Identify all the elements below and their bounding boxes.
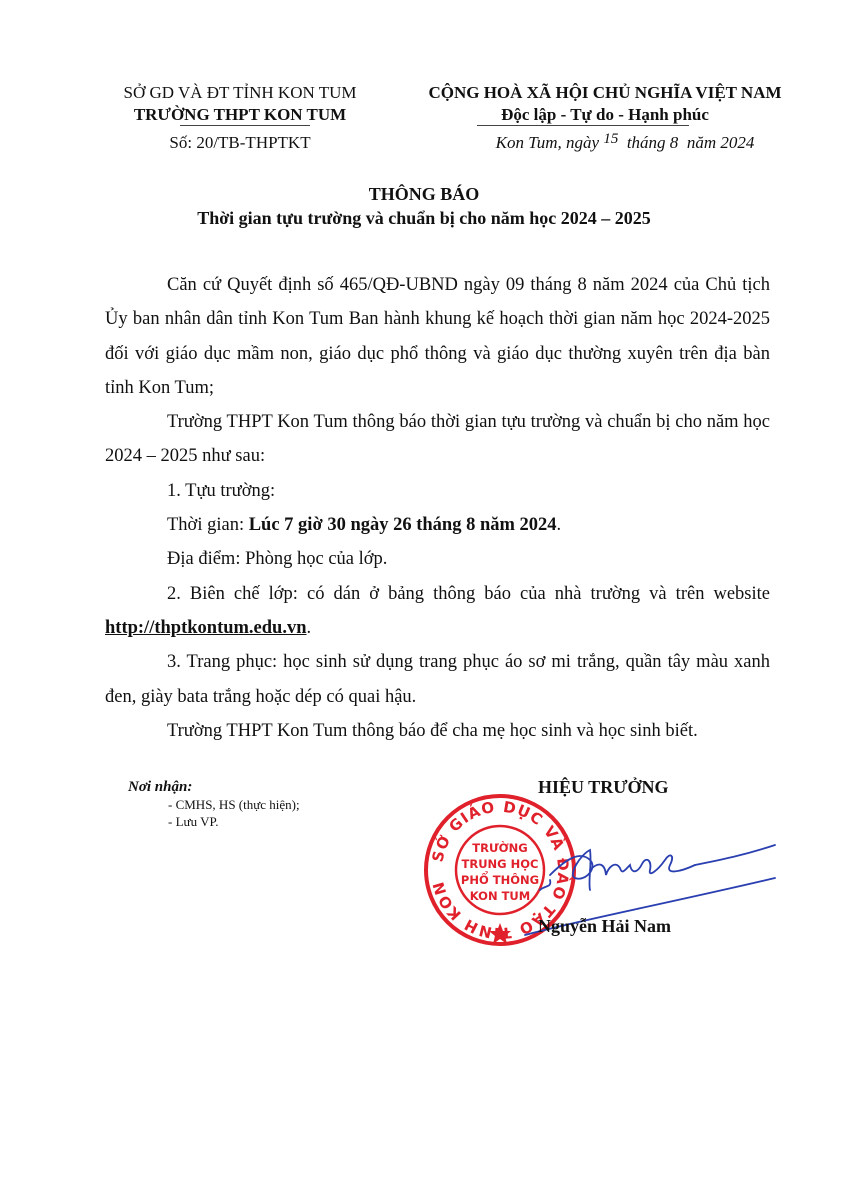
recipients-block: Nơi nhận: - CMHS, HS (thực hiện); - Lưu … xyxy=(128,779,300,830)
item-1-heading: 1. Tựu trường: xyxy=(105,474,770,508)
document-number: Số: 20/TB-THPTKT xyxy=(95,132,385,154)
date-line: Kon Tum, ngày 15 tháng 8 năm 2024 xyxy=(390,132,820,155)
item-1-place: Địa điểm: Phòng học của lớp. xyxy=(105,542,770,576)
recipients-label: Nơi nhận: xyxy=(128,779,300,796)
date-day: 15 xyxy=(603,131,618,147)
document-body: Căn cứ Quyết định số 465/QĐ-UBND ngày 09… xyxy=(105,268,770,748)
item-1-time: Thời gian: Lúc 7 giờ 30 ngày 26 tháng 8 … xyxy=(105,508,770,542)
motto-underline xyxy=(477,125,689,126)
document-title: THÔNG BÁO xyxy=(0,182,848,206)
nation-block: CỘNG HOÀ XÃ HỘI CHỦ NGHĨA VIỆT NAM Độc l… xyxy=(390,82,820,155)
closing-paragraph: Trường THPT Kon Tum thông báo để cha mẹ … xyxy=(105,714,770,748)
legal-basis-paragraph: Căn cứ Quyết định số 465/QĐ-UBND ngày 09… xyxy=(105,268,770,405)
gathering-time: Lúc 7 giờ 30 ngày 26 tháng 8 năm 2024 xyxy=(249,515,557,535)
document-title-block: THÔNG BÁO Thời gian tựu trường và chuẩn … xyxy=(0,182,848,230)
recipient-item: - Lưu VP. xyxy=(128,813,300,830)
document-subtitle: Thời gian tựu trường và chuẩn bị cho năm… xyxy=(0,206,848,230)
nation-title: CỘNG HOÀ XÃ HỘI CHỦ NGHĨA VIỆT NAM xyxy=(390,82,820,104)
item-2: 2. Biên chế lớp: có dán ở bảng thông báo… xyxy=(105,577,770,646)
website-link[interactable]: http://thptkontum.edu.vn xyxy=(105,618,307,638)
issuer-block: SỞ GD VÀ ĐT TỈNH KON TUM TRƯỜNG THPT KON… xyxy=(95,82,385,154)
department-name: SỞ GD VÀ ĐT TỈNH KON TUM xyxy=(95,82,385,104)
signer-name: Nguyễn Hải Nam xyxy=(538,916,671,937)
item-3: 3. Trang phục: học sinh sử dụng trang ph… xyxy=(105,645,770,714)
motto: Độc lập - Tự do - Hạnh phúc xyxy=(390,104,820,126)
school-name: TRƯỜNG THPT KON TUM xyxy=(95,104,385,126)
recipient-item: - CMHS, HS (thực hiện); xyxy=(128,796,300,813)
announcement-paragraph: Trường THPT Kon Tum thông báo thời gian … xyxy=(105,405,770,474)
date-year: 2024 xyxy=(720,133,754,152)
issuer-underline xyxy=(180,125,310,126)
